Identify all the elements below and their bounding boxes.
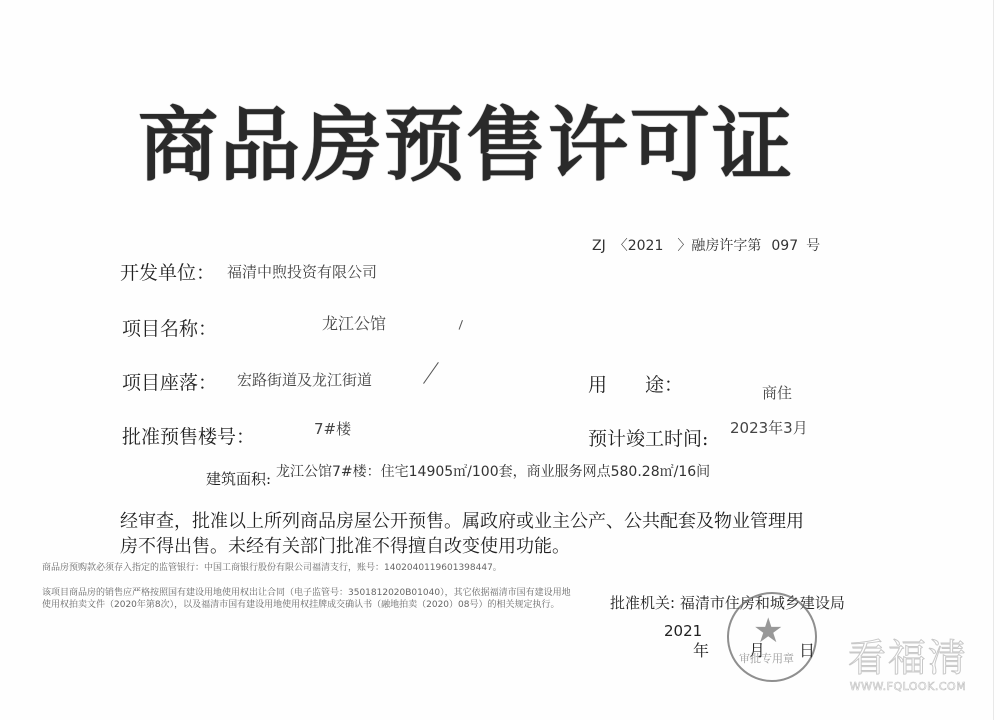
completion-label: 预计竣工时间: — [588, 424, 708, 451]
area-label: 建筑面积: — [206, 468, 271, 489]
pen-mark — [423, 362, 439, 384]
location-label: 项目座落： — [122, 368, 217, 395]
approval-authority: 批准机关: 福清市住房和城乡建设局 — [610, 592, 845, 613]
project-name-label: 项目名称： — [122, 314, 217, 341]
watermark-logo: 看福清 — [838, 636, 978, 680]
approval-statement: 经审查，批准以上所列商品房屋公开预售。属政府或业主公产、公共配套及物业管理用房不… — [120, 509, 820, 559]
project-name-value: 龙江公馆 — [322, 311, 386, 334]
permit-number: ZJ〈2021〉融房许字第097号 — [592, 235, 820, 255]
day-unit: 日 — [799, 638, 815, 661]
month-unit: 月 — [749, 638, 765, 661]
usage-value: 商住 — [762, 382, 792, 403]
building-no-label: 批准预售楼号： — [122, 422, 255, 449]
area-value: 龙江公馆7#楼：住宅14905㎡/100套，商业服务网点580.28㎡/16间 — [276, 461, 710, 481]
footnote-bank-account: 商品房预购款必须存入指定的监管银行：中国工商银行股份有限公司福清支行，账号：14… — [42, 562, 502, 575]
seal-text: 审批专用章 — [739, 650, 794, 666]
building-no-value: 7#楼 — [314, 418, 351, 439]
permit-document: 商品房预售许可证 ZJ〈2021〉融房许字第097号 开发单位： 福清中煦投资有… — [0, 0, 1000, 720]
permit-prefix: ZJ — [592, 238, 606, 254]
completion-value: 2023年3月 — [730, 417, 808, 438]
official-seal: ★ 审批专用章 — [727, 592, 817, 682]
developer-label: 开发单位： — [120, 258, 215, 285]
permit-word: 〉融房许字第 — [677, 235, 761, 255]
page-edge — [993, 0, 994, 720]
developer-value: 福清中煦投资有限公司 — [227, 261, 377, 282]
watermark-url: WWW.FQLOOK.COM — [838, 680, 978, 694]
permit-suffix: 号 — [806, 235, 820, 255]
location-value: 宏路街道及龙江街道 — [237, 369, 372, 390]
permit-year: 〈2021 — [614, 235, 664, 255]
footnote-auction-docs: 使用权拍卖文件（2020年第8次），以及福清市国有建设用地使用权挂牌成交确认书（… — [42, 599, 560, 612]
document-title: 商品房预售许可证 — [138, 96, 798, 196]
authority-label: 批准机关: — [610, 594, 675, 612]
pen-mark — [459, 320, 463, 330]
permit-serial: 097 — [771, 238, 798, 254]
usage-label: 用 途： — [588, 370, 683, 397]
year-unit: 年 — [693, 638, 709, 661]
site-watermark: 看福清 WWW.FQLOOK.COM — [838, 636, 978, 694]
